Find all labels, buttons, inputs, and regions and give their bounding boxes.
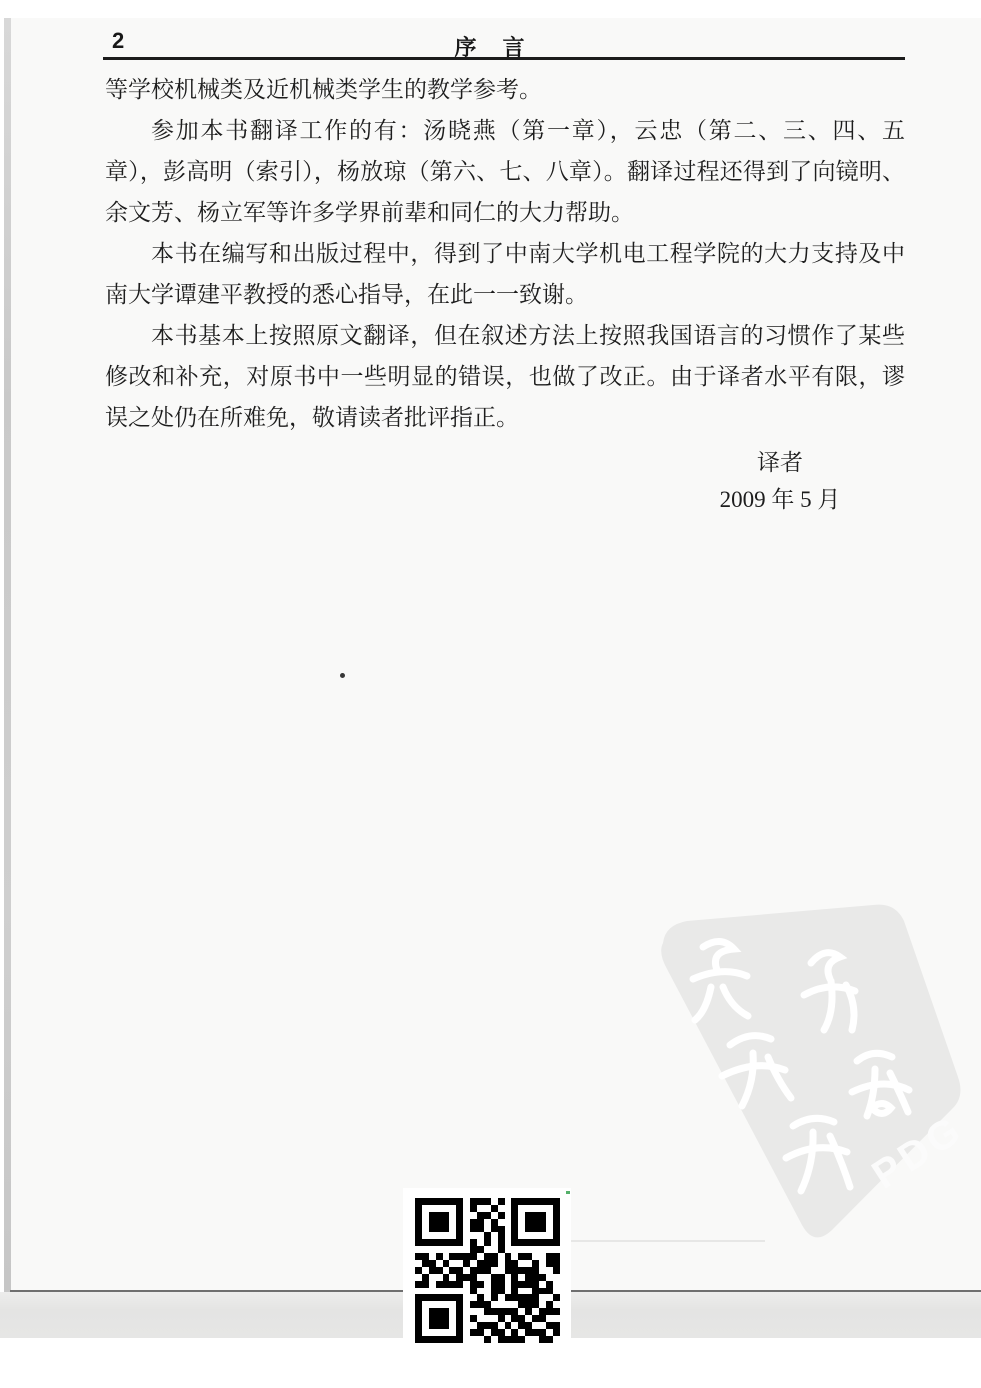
- paragraph-2: 参加本书翻译工作的有：汤晓燕（第一章），云忠（第二、三、四、五章），彭高明（索引…: [105, 110, 905, 233]
- signature-block: 译者 2009 年 5 月: [700, 444, 860, 518]
- watermark-stamp: PDG: [625, 885, 981, 1265]
- paragraph-4: 本书基本上按照原文翻译，但在叙述方法上按照我国语言的习惯作了某些修改和补充，对原…: [105, 315, 905, 438]
- scanned-book-page: 2 序 言 等学校机械类及近机械类学生的教学参考。 参加本书翻译工作的有：汤晓燕…: [0, 0, 981, 1388]
- signature-date: 2009 年 5 月: [700, 481, 860, 518]
- header-rule: [103, 57, 905, 60]
- preface-body: 等学校机械类及近机械类学生的教学参考。 参加本书翻译工作的有：汤晓燕（第一章），…: [105, 69, 905, 438]
- left-scan-band: [4, 18, 11, 1292]
- signature-name: 译者: [700, 444, 860, 481]
- qr-code: [415, 1198, 560, 1343]
- ink-speck: [340, 673, 345, 678]
- paragraph-1: 等学校机械类及近机械类学生的教学参考。: [105, 69, 905, 110]
- watermark-blob: [661, 905, 960, 1238]
- paragraph-3: 本书在编写和出版过程中，得到了中南大学机电工程学院的大力支持及中南大学谭建平教授…: [105, 233, 905, 315]
- faint-scan-streak: [565, 1240, 765, 1242]
- qr-code-box: [403, 1188, 571, 1348]
- watermark-graphic: PDG: [625, 885, 981, 1265]
- green-pixel-speck: [566, 1191, 570, 1194]
